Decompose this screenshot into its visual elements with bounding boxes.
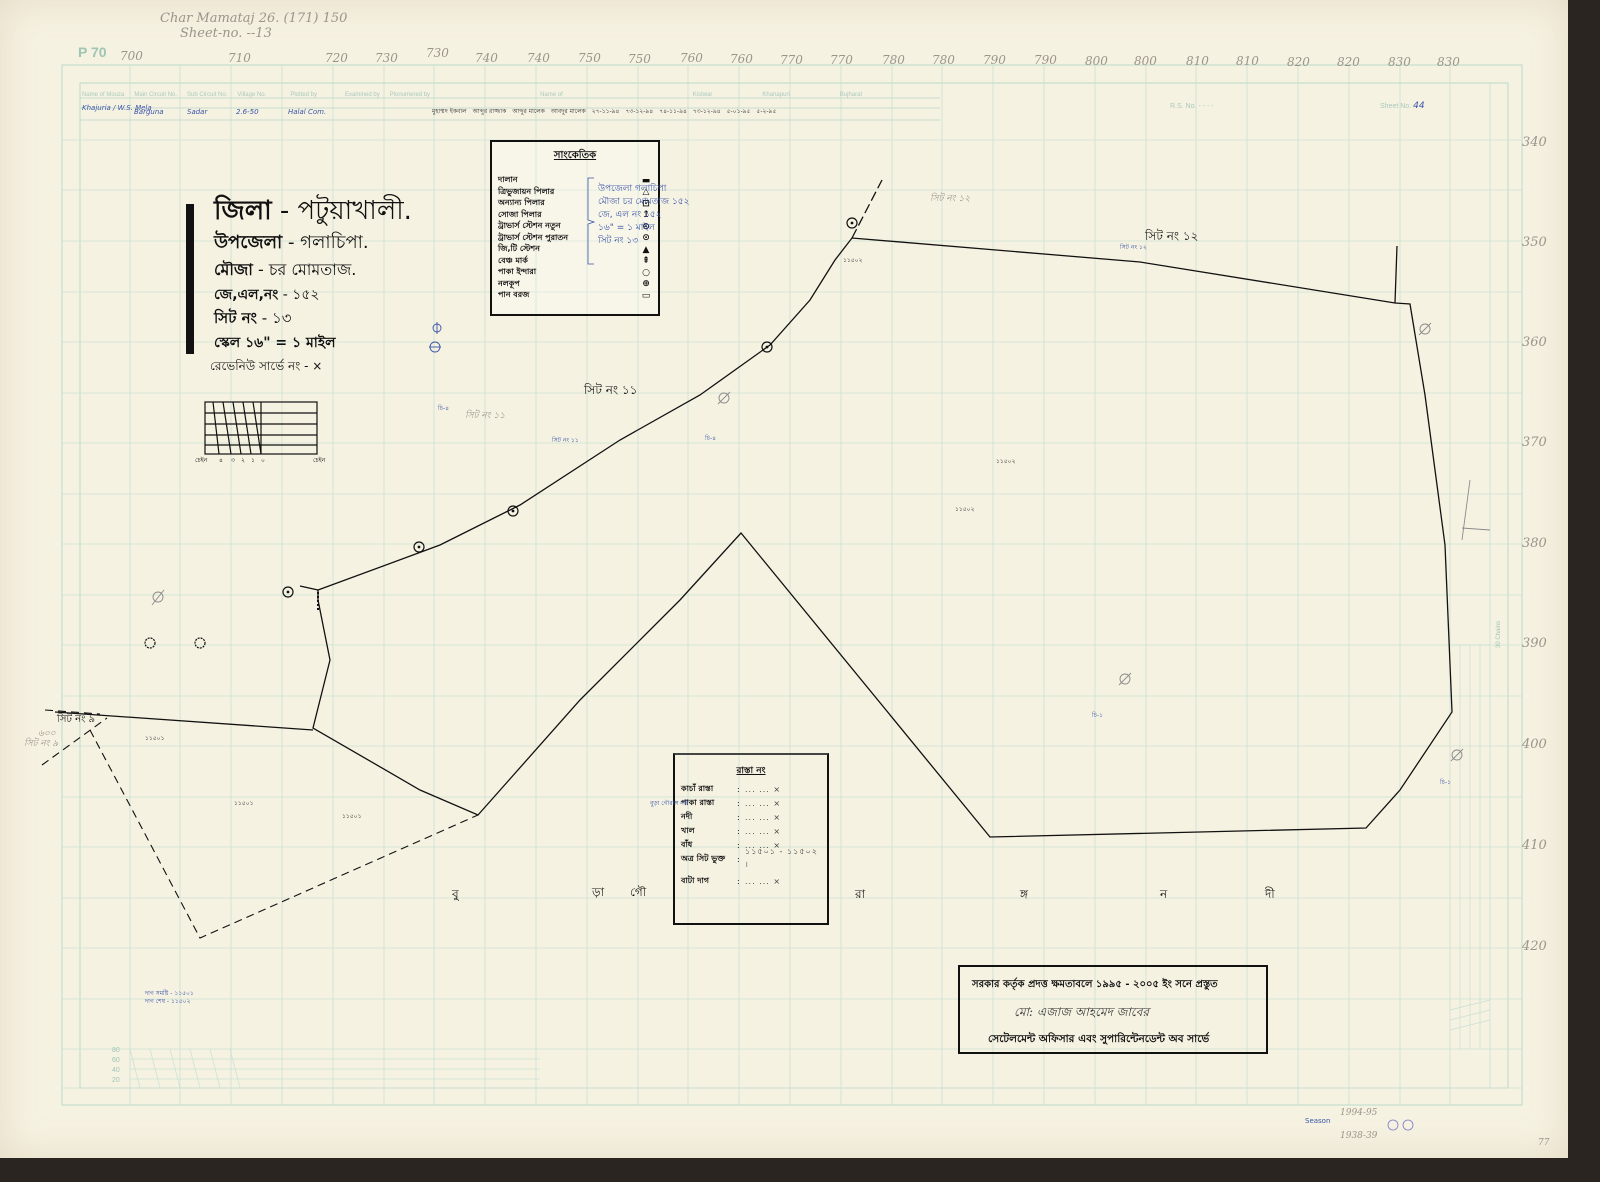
district-key: জিলা xyxy=(214,196,272,226)
svg-text:1938-39: 1938-39 xyxy=(1340,1131,1378,1141)
svg-text:800: 800 xyxy=(1134,54,1157,68)
svg-text:১১৫০১: ১১৫০১ xyxy=(145,735,165,742)
svg-text:গৌ: গৌ xyxy=(630,885,647,899)
col-plotted: Plotted by xyxy=(290,92,317,98)
jl-no-key: জে,এল,নং xyxy=(214,287,278,303)
khanapuri-commenced: ৭৪-১১-৯৪ xyxy=(659,106,687,117)
grid-scale-labels: 80604020 xyxy=(112,1047,120,1084)
svg-text:750: 750 xyxy=(578,51,601,65)
kistwar-ended: ৭৩-১২-৯৪ xyxy=(625,106,653,117)
chains-label: 30 Chains xyxy=(1496,621,1502,648)
header-table: Name of Mouza Main Circuit No. Sub Circu… xyxy=(82,92,942,98)
svg-text:380: 380 xyxy=(1522,536,1547,551)
betel-vine-icon: ▭ xyxy=(640,291,652,301)
svg-text:১১৫০২: ১১৫০২ xyxy=(996,458,1016,465)
svg-text:760: 760 xyxy=(680,51,703,65)
svg-text:সিট নং ১২: সিট নং ১২ xyxy=(1119,243,1147,251)
svg-text:740: 740 xyxy=(527,51,550,65)
svg-text:760: 760 xyxy=(730,52,753,66)
bench-mark-icon: ⇞ xyxy=(640,256,652,266)
road-row: অত্র সিট ভুক্ত:১১৫০১ - ১১৫০২ । xyxy=(675,852,827,866)
khanapuri-ended: ৭৩-১২-৯৪ xyxy=(693,106,721,117)
road-label: খাল xyxy=(681,825,737,838)
svg-text:সিট নং ১১: সিট নং ১১ xyxy=(465,409,505,421)
jl-no-line: জে,এল,নং - ১৫২ xyxy=(214,288,426,302)
road-value: ... ... × xyxy=(745,877,821,886)
svg-text:১১৫০১: ১১৫০১ xyxy=(234,800,254,807)
col-plonumered: Plonumered by xyxy=(390,92,430,98)
col-village: Village No. xyxy=(237,92,266,98)
svg-text:ন: ন xyxy=(1159,887,1168,901)
legend-note: জে, এল নং ১৫২ xyxy=(598,209,689,222)
header-val-plotted: Halal Com. xyxy=(288,108,326,116)
svg-text:810: 810 xyxy=(1236,54,1259,68)
svg-text:420: 420 xyxy=(1521,939,1547,954)
svg-text:চি-১: চি-১ xyxy=(1439,779,1451,786)
khanapuri-amin: আব্দুর মালেক xyxy=(512,106,545,117)
legend-brace xyxy=(586,176,596,266)
svg-text:830: 830 xyxy=(1437,55,1460,69)
road-table-title: রাস্তা নং xyxy=(675,763,827,778)
sheet-boundary-dashed-top xyxy=(852,180,882,238)
svg-text:বু: বু xyxy=(451,887,460,902)
svg-text:60: 60 xyxy=(112,1057,120,1064)
svg-text:400: 400 xyxy=(1521,737,1547,752)
svg-text:চি-১: চি-১ xyxy=(1091,712,1103,719)
rs-no-label: R.S. No. xyxy=(1170,103,1196,110)
road-row: খাল:... ... × xyxy=(675,824,827,838)
legend-item: পান বরজ▭ xyxy=(492,290,658,302)
bujharat-commenced: ৫-০১-৯৫ xyxy=(727,106,751,117)
road-value: ... ... × xyxy=(745,785,821,794)
svg-text:দী: দী xyxy=(1264,887,1275,901)
tubewell-icon: ⊕ xyxy=(640,279,652,289)
svg-text:20: 20 xyxy=(112,1077,120,1084)
scan-edge-bottom xyxy=(0,1158,1600,1182)
svg-text:700: 700 xyxy=(120,49,143,63)
sheet-no-key: সিট নং xyxy=(214,309,257,327)
svg-text:১১৫০২: ১১৫০২ xyxy=(843,257,863,264)
svg-text:780: 780 xyxy=(932,53,955,67)
header-val-sub-circuit: Sadar xyxy=(187,108,207,116)
svg-text:Sheet-no. --13: Sheet-no. --13 xyxy=(180,26,272,41)
svg-text:সিট নং ৯: সিট নং ৯ xyxy=(56,712,95,725)
svg-text:দাগ সমষ্টি - ১১৫০১: দাগ সমষ্টি - ১১৫০১ xyxy=(144,990,194,997)
boundary-stub xyxy=(300,586,318,590)
svg-text:চি-৪: চি-৪ xyxy=(437,405,449,412)
bujharat-amin: আবদুর মালেক xyxy=(551,106,586,117)
legend-note: সিট নং ১৩ xyxy=(598,235,689,248)
svg-text:720: 720 xyxy=(325,51,348,65)
road-row: পাকা রাস্তা:... ... × xyxy=(675,796,827,810)
svg-text:730: 730 xyxy=(375,51,398,65)
road-label: বাঁধ xyxy=(681,839,737,852)
road-row: নদী:... ... × xyxy=(675,810,827,824)
road-label: কাচাঁ রাস্তা xyxy=(681,783,737,796)
title-bar-decoration xyxy=(186,204,194,354)
header-row-values: মুহাম্মদ ইকবাল আব্দুর রাজ্জাক আব্দুর মাল… xyxy=(432,106,776,117)
rs-no-value: - - - - xyxy=(1198,103,1213,110)
legend-note: ১৬" = ১ মাইল xyxy=(598,222,689,235)
svg-text:830: 830 xyxy=(1388,55,1411,69)
road-value: ... ... × xyxy=(745,813,821,822)
kistwar-amin: আব্দুর রাজ্জাক xyxy=(473,106,507,117)
certificate-signature: মো: এজাজ আহমেদ জাবের xyxy=(960,994,1266,1024)
svg-text:১১৫০২: ১১৫০২ xyxy=(955,506,975,513)
svg-text:410: 410 xyxy=(1521,838,1547,853)
col-sub-circuit: Sub Circuit No. xyxy=(187,92,227,98)
scale-left-label: চেইন xyxy=(195,457,208,464)
certificate-line3: সেটেলমেন্ট অফিসার এবং সুপারিন্টেনডেন্ট অ… xyxy=(960,1024,1266,1049)
blue-stations xyxy=(429,322,441,352)
jl-no-value: - ১৫২ xyxy=(283,287,320,303)
svg-text:চি-৪: চি-৪ xyxy=(704,435,716,442)
svg-text:780: 780 xyxy=(882,53,905,67)
col-mouza: Name of Mouza xyxy=(82,92,124,98)
plate-code: P 70 xyxy=(78,44,107,60)
svg-text:740: 740 xyxy=(475,51,498,65)
legend-title: সাংকেতিক xyxy=(492,148,658,165)
scan-edge-right xyxy=(1568,0,1600,1182)
svg-text:40: 40 xyxy=(112,1067,120,1074)
title-block: জিলা - পটুয়াখালী. উপজেলা - গলাচিপা. মৌজ… xyxy=(186,198,426,372)
scale-line: স্কেল ১৬" = ১ মাইল xyxy=(214,336,426,350)
svg-text:Season: Season xyxy=(1305,1117,1330,1125)
district-value: - পটুয়াখালী. xyxy=(280,196,412,226)
revenue-survey-line: রেভেনিউ সার্ভে নং - × xyxy=(210,360,426,372)
svg-text:390: 390 xyxy=(1522,636,1547,651)
svg-text:সিট নং ১১: সিট নং ১১ xyxy=(551,436,579,444)
legend-handwritten-notes: উপজেলা গলাচিপা মৌজা চর মোমতাজ ১৫২ জে, এল… xyxy=(598,183,689,248)
sheet-no-value-title: - ১৩ xyxy=(262,309,292,327)
upazila-line: উপজেলা - গলাচিপা. xyxy=(214,234,426,252)
svg-text:800: 800 xyxy=(1085,54,1108,68)
svg-text:সিট নং ১১: সিট নং ১১ xyxy=(583,383,637,397)
svg-text:370: 370 xyxy=(1522,435,1547,450)
road-label: অত্র সিট ভুক্ত xyxy=(681,853,737,866)
top-coordinate-labels: 700710720 730730740 740750750 760760770 … xyxy=(120,46,1460,69)
svg-text:360: 360 xyxy=(1522,335,1547,350)
upazila-key: উপজেলা xyxy=(214,232,282,253)
sheet-no-label: Sheet No. xyxy=(1380,103,1411,110)
pencil-stations xyxy=(152,323,1490,761)
certificate-line1: সরকার কর্তৃক প্রদত্ত ক্ষমতাবলে ১৯৯৫ - ২০… xyxy=(960,967,1266,994)
certificate-box: সরকার কর্তৃক প্রদত্ত ক্ষমতাবলে ১৯৯৫ - ২০… xyxy=(958,965,1268,1054)
halka-officer: মুহাম্মদ ইকবাল xyxy=(432,106,467,117)
svg-text:ঙ্গ: ঙ্গ xyxy=(1019,887,1029,901)
col-khanapuri: Khanapuri xyxy=(762,92,789,98)
district-line: জিলা - পটুয়াখালী. xyxy=(214,198,426,224)
cadastral-map-canvas: 700710720 730730740 740750750 760760770 … xyxy=(0,0,1568,1158)
svg-text:820: 820 xyxy=(1337,55,1360,69)
scale-right-label: চেইন xyxy=(313,457,326,464)
mouza-line: মৌজা - চর মোমতাজ. xyxy=(214,262,426,278)
boundary-right-vertical xyxy=(1395,246,1397,303)
rs-no: R.S. No. - - - - xyxy=(1170,103,1214,110)
bujharat-ended: ৫-২-৯৫ xyxy=(756,106,776,117)
diagonal-scale-bottom-left xyxy=(130,1049,540,1088)
river-name: বুড়াগৌ রাঙ্গনদী xyxy=(451,885,1275,902)
legend-note: উপজেলা গলাচিপা xyxy=(598,183,689,196)
svg-text:710: 710 xyxy=(228,51,251,65)
svg-text:770: 770 xyxy=(830,53,853,67)
road-label: নদী xyxy=(681,811,737,824)
svg-text:790: 790 xyxy=(1034,53,1057,67)
svg-text:820: 820 xyxy=(1287,55,1310,69)
legend-note: মৌজা চর মোমতাজ ১৫২ xyxy=(598,196,689,209)
svg-text:340: 340 xyxy=(1522,135,1547,150)
road-side-note: বুড়া গৌরাঙ্গ নদী xyxy=(650,798,689,809)
svg-text:সিট নং ১২: সিট নং ১২ xyxy=(930,192,970,204)
col-main-circuit: Main Circuit No. xyxy=(134,92,177,98)
upazila-value: - গলাচিপা. xyxy=(288,232,369,253)
svg-text:সিট নং ১২: সিট নং ১২ xyxy=(1144,229,1198,243)
road-value: ... ... × xyxy=(745,827,821,836)
right-coordinate-labels: 340350360 370380390 400410420 xyxy=(1521,135,1547,954)
sheet-no-line: সিট নং - ১৩ xyxy=(214,311,426,326)
svg-text:Char Mamataj 26. (171) 150: Char Mamataj 26. (171) 150 xyxy=(160,11,347,26)
svg-text:৬০০: ৬০০ xyxy=(38,729,56,739)
road-row: কাচাঁ রাস্তা:... ... × xyxy=(675,782,827,796)
col-bujharat: Bujharat xyxy=(840,92,862,98)
road-label: পাকা রাস্তা xyxy=(681,797,737,810)
svg-text:730: 730 xyxy=(426,46,449,60)
road-table: রাস্তা নং কাচাঁ রাস্তা:... ... × পাকা রা… xyxy=(673,753,829,925)
col-name-of: Name of xyxy=(540,92,563,98)
road-row: বাটা দাগ:... ... × xyxy=(675,874,827,888)
dashed-sheet-boundaries xyxy=(42,710,478,938)
svg-text:দাগ শেষ - ১১৫০২: দাগ শেষ - ১১৫০২ xyxy=(144,998,191,1005)
svg-text:770: 770 xyxy=(780,53,803,67)
diagonal-scale-graphic: চেইন ৪ ৩ ২ ১ ০ চেইন xyxy=(195,396,335,466)
svg-text:রা: রা xyxy=(854,887,866,901)
svg-text:790: 790 xyxy=(983,53,1006,67)
sheet-no-header: Sheet No. 44 xyxy=(1380,101,1425,111)
scale-tick-3: ৩ xyxy=(231,457,235,464)
sheet-no-value: 44 xyxy=(1413,101,1424,111)
road-value: ... ... × xyxy=(745,799,821,808)
svg-text:১১৫০১: ১১৫০১ xyxy=(342,813,362,820)
boundary-north-west xyxy=(313,238,1452,837)
svg-text:80: 80 xyxy=(112,1047,120,1054)
mouza-value: - চর মোমতাজ. xyxy=(258,260,356,279)
road-value: ১১৫০১ - ১১৫০২ । xyxy=(745,846,821,872)
svg-text:810: 810 xyxy=(1186,54,1209,68)
scale-tick-0: ০ xyxy=(261,457,265,464)
header-val-main-circuit: Barguna xyxy=(134,108,164,116)
col-kistwar: Kistwar xyxy=(693,92,713,98)
pencil-title-note: Char Mamataj 26. (171) 150 Sheet-no. --1… xyxy=(160,11,347,41)
header-val-village: 2.6-50 xyxy=(236,108,259,116)
svg-text:750: 750 xyxy=(628,52,651,66)
col-examined: Examined by xyxy=(345,92,380,98)
scale-tick-2: ২ xyxy=(241,457,245,464)
svg-text:ড়া: ড়া xyxy=(591,885,605,899)
corner-page-mark: 77 xyxy=(1538,1138,1550,1148)
legend-label: পান বরজ xyxy=(498,289,529,302)
svg-text:1994-95: 1994-95 xyxy=(1340,1108,1378,1118)
kistwar-commenced: ২৭-১১-৯৪ xyxy=(592,106,620,117)
svg-text:350: 350 xyxy=(1522,235,1547,250)
mouza-key: মৌজা xyxy=(214,260,253,279)
scale-tick-4: ৪ xyxy=(219,457,223,464)
well-icon: ○ xyxy=(640,268,652,278)
footer-season: 1994-95 Season 1938-39 xyxy=(1305,1108,1413,1141)
scale-tick-1: ১ xyxy=(251,457,255,464)
road-label: বাটা দাগ xyxy=(681,875,737,888)
